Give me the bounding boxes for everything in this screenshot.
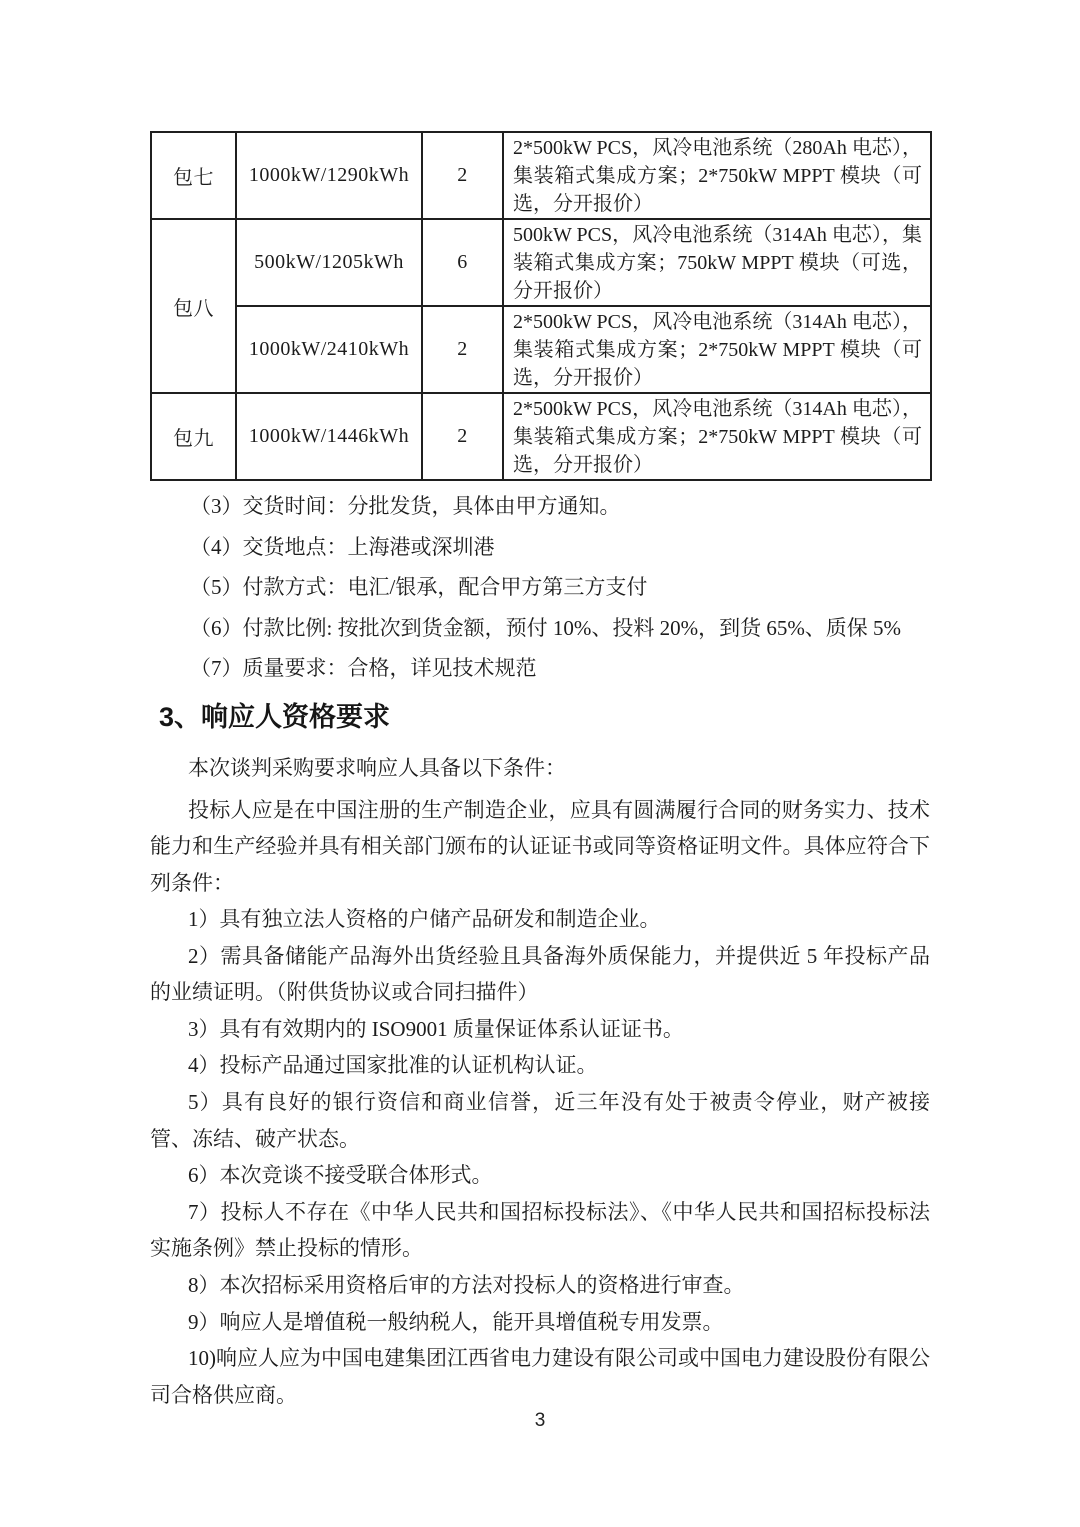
- package-name-cell: 包八: [151, 219, 236, 393]
- qualification-item: 3）具有有效期内的 ISO9001 质量保证体系认证证书。: [150, 1011, 930, 1048]
- quantity-cell: 6: [422, 219, 503, 306]
- section-intro-line: 本次谈判采购要求响应人具备以下条件：: [150, 748, 930, 788]
- package-name-cell: 包七: [151, 132, 236, 219]
- description-cell: 2*500kW PCS，风冷电池系统（314Ah 电芯），集装箱式集成方案；2*…: [503, 306, 931, 393]
- qualification-item: 4）投标产品通过国家批准的认证机构认证。: [150, 1047, 930, 1084]
- table-row: 包八 500kW/1205kWh 6 500kW PCS，风冷电池系统（314A…: [151, 219, 931, 306]
- table-row: 包七 1000kW/1290kWh 2 2*500kW PCS，风冷电池系统（2…: [151, 132, 931, 219]
- page-number: 3: [0, 1410, 1080, 1432]
- spec-cell: 1000kW/2410kWh: [236, 306, 422, 393]
- section-heading: 3、响应人资格要求: [159, 697, 930, 737]
- qualification-item: 2）需具备储能产品海外出货经验且具备海外质保能力，并提供近 5 年投标产品的业绩…: [150, 938, 930, 1011]
- qualification-item: 6）本次竞谈不接受联合体形式。: [150, 1157, 930, 1194]
- term-payment-ratio: （6）付款比例: 按批次到货金额，预付 10%、投料 20%，到货 65%、质保…: [150, 608, 930, 649]
- term-delivery-place: （4）交货地点：上海港或深圳港: [150, 527, 930, 568]
- table-row: 1000kW/2410kWh 2 2*500kW PCS，风冷电池系统（314A…: [151, 306, 931, 393]
- qualification-item: 5）具有良好的银行资信和商业信誉，近三年没有处于被责令停业，财产被接管、冻结、破…: [150, 1084, 930, 1157]
- qualification-item: 10)响应人应为中国电建集团江西省电力建设有限公司或中国电力建设股份有限公司合格…: [150, 1340, 930, 1413]
- qualification-item: 8）本次招标采用资格后审的方法对投标人的资格进行审查。: [150, 1267, 930, 1304]
- spec-cell: 500kW/1205kWh: [236, 219, 422, 306]
- quantity-cell: 2: [422, 393, 503, 480]
- qualification-item: 9）响应人是增值税一般纳税人，能开具增值税专用发票。: [150, 1304, 930, 1341]
- description-cell: 2*500kW PCS，风冷电池系统（314Ah 电芯），集装箱式集成方案；2*…: [503, 393, 931, 480]
- description-cell: 500kW PCS，风冷电池系统（314Ah 电芯），集装箱式集成方案；750k…: [503, 219, 931, 306]
- contract-terms-list: （3）交货时间：分批发货，具体由甲方通知。 （4）交货地点：上海港或深圳港 （5…: [150, 486, 930, 689]
- quantity-cell: 2: [422, 132, 503, 219]
- spec-cell: 1000kW/1290kWh: [236, 132, 422, 219]
- spec-cell: 1000kW/1446kWh: [236, 393, 422, 480]
- document-content: 包七 1000kW/1290kWh 2 2*500kW PCS，风冷电池系统（2…: [150, 131, 930, 1413]
- quantity-cell: 2: [422, 306, 503, 393]
- qualification-requirements-list: 1）具有独立法人资格的户储产品研发和制造企业。 2）需具备储能产品海外出货经验且…: [150, 901, 930, 1413]
- package-spec-table: 包七 1000kW/1290kWh 2 2*500kW PCS，风冷电池系统（2…: [150, 131, 932, 481]
- qualification-item: 7）投标人不存在《中华人民共和国招标投标法》、《中华人民共和国招标投标法实施条例…: [150, 1194, 930, 1267]
- section-intro-paragraph: 投标人应是在中国注册的生产制造企业，应具有圆满履行合同的财务实力、技术能力和生产…: [150, 792, 930, 902]
- table-row: 包九 1000kW/1446kWh 2 2*500kW PCS，风冷电池系统（3…: [151, 393, 931, 480]
- description-cell: 2*500kW PCS，风冷电池系统（280Ah 电芯），集装箱式集成方案；2*…: [503, 132, 931, 219]
- term-delivery-time: （3）交货时间：分批发货，具体由甲方通知。: [150, 486, 930, 527]
- term-payment-method: （5）付款方式：电汇/银承，配合甲方第三方支付: [150, 567, 930, 608]
- qualification-item: 1）具有独立法人资格的户储产品研发和制造企业。: [150, 901, 930, 938]
- package-name-cell: 包九: [151, 393, 236, 480]
- document-page: 包七 1000kW/1290kWh 2 2*500kW PCS，风冷电池系统（2…: [0, 0, 1080, 1527]
- term-quality-requirement: （7）质量要求：合格，详见技术规范: [150, 648, 930, 689]
